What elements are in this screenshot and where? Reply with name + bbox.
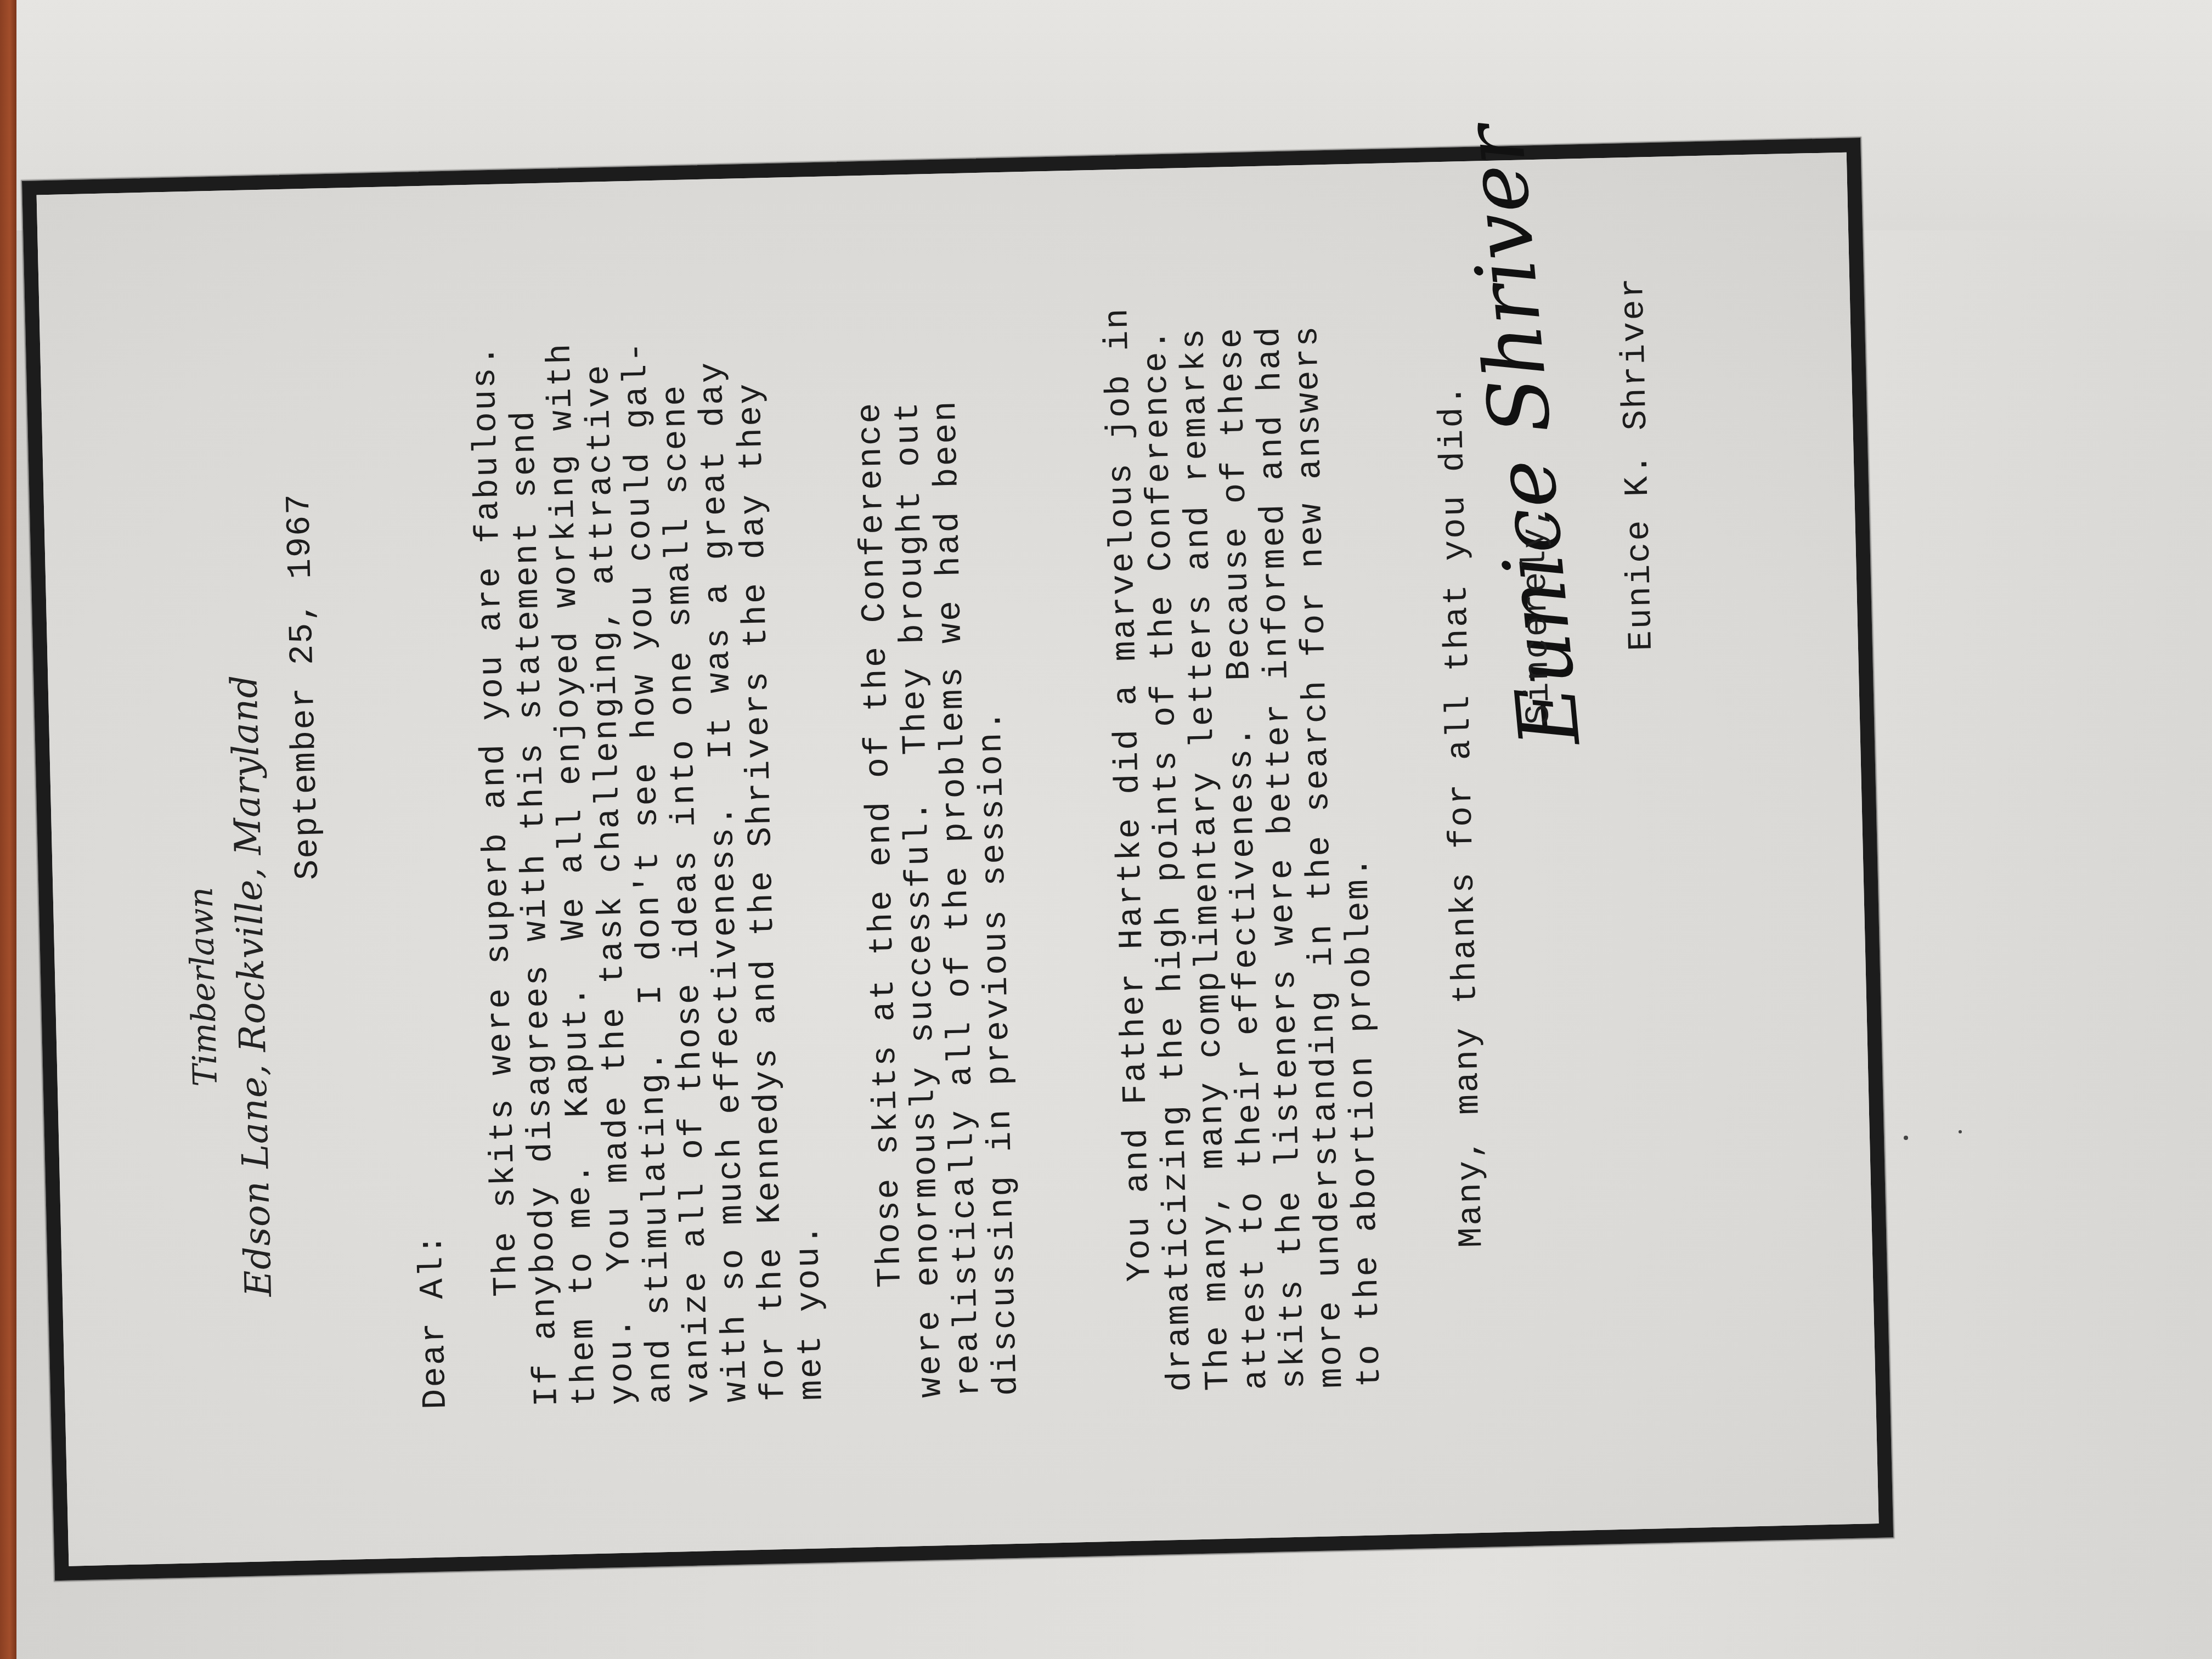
paragraph-2: Those skits at the end of the Conference… [851,398,1026,1399]
paragraph-3: You and Father Hartke did a marvelous jo… [1098,301,1389,1393]
dust-speck [1904,1136,1908,1140]
typed-signer-name: Eunice K. Shriver [1613,276,1661,652]
salutation: Dear Al: [412,1232,455,1409]
complimentary-close: Sincerely, [1515,504,1559,725]
letter-page: Timberlawn Edson Lane, Rockville, Maryla… [37,153,1879,1566]
letter-frame-border: Timberlawn Edson Lane, Rockville, Maryla… [22,138,1893,1581]
letterhead: Timberlawn Edson Lane, Rockville, Maryla… [169,464,290,1509]
dust-speck [1959,1130,1962,1133]
letter-content: Timberlawn Edson Lane, Rockville, Maryla… [163,157,1675,1508]
paragraph-1: The skits were superb and you are fabulo… [465,336,831,1408]
wood-table-edge [0,0,16,1659]
letter-date: September 25, 1967 [280,493,328,881]
